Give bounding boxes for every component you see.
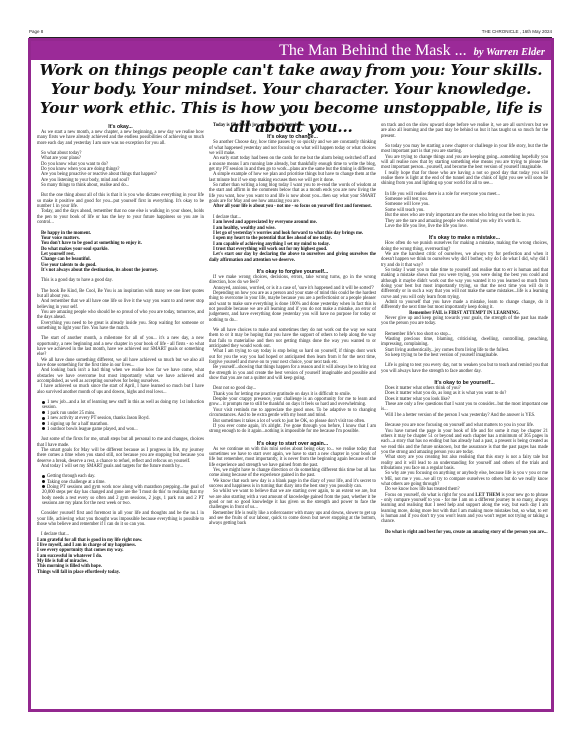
page-number: Page 8 <box>29 29 43 34</box>
column-2: Today is filled with joy, growth and hap… <box>209 123 376 527</box>
paragraph: Because you are now focusing on yourself… <box>381 423 548 428</box>
bullet-icon <box>42 480 45 483</box>
paragraph: But the one thing about all of this is t… <box>37 193 204 209</box>
firsts-list: 1 new job...and a lot of learning new st… <box>37 400 204 432</box>
paragraph: If you ever come again, it's alright. I'… <box>209 424 376 435</box>
article-body: It's okay... As we start a new month, a … <box>37 123 547 708</box>
paragraph: So today you may be starting a new chapt… <box>381 144 548 155</box>
paragraph: As we continue on with this mini series … <box>209 447 376 468</box>
paragraph: Despite your crappy presence, your chall… <box>209 397 376 408</box>
bullet-icon <box>42 485 45 488</box>
paragraph: These are only a few questions that I wa… <box>381 402 548 413</box>
column-banner: The Man Behind the Mask ... by Warren El… <box>31 41 551 60</box>
paragraph: We know that each new day is a blank pag… <box>209 479 376 490</box>
declaration: Let's start our day by declaring the abo… <box>209 252 376 263</box>
paragraph: So today I want you to take time to your… <box>381 268 548 300</box>
paragraph: And looking back isn't a bad thing when … <box>37 368 204 384</box>
goals-list: Getting through each day. Taking one cha… <box>37 474 204 506</box>
paragraph: Depending on how you are as a person and… <box>209 291 376 323</box>
author-byline: by Warren Elder <box>474 47 545 58</box>
paragraph: The book Be Kind, Be Cool, Be You is an … <box>37 289 204 300</box>
paragraph: If we make wrong choices, decisions, err… <box>209 275 376 286</box>
column-title: The Man Behind the Mask ... <box>279 42 467 59</box>
paragraph: Life is going to test you every day, not… <box>381 363 548 374</box>
paragraph: So why are you focusing on anything or a… <box>381 471 548 487</box>
paragraph: We all have done something different, we… <box>37 358 204 369</box>
paragraph: Focus on yourself, do what is right for … <box>381 493 548 525</box>
paragraph: You are amazing people who should be so … <box>37 310 204 321</box>
bullet-icon <box>42 475 45 478</box>
paragraph: Yes, we might have to change direction o… <box>209 468 376 479</box>
paragraph: And today I will set my SMART goals and … <box>37 464 204 469</box>
paragraph: And remember that we all have one life s… <box>37 299 204 310</box>
paragraph: We all have choices to make and sometime… <box>209 328 376 349</box>
list-item: 1 new job...and a lot of learning new st… <box>42 400 204 411</box>
paragraph: on track and on the slow upward slope be… <box>381 123 548 139</box>
paragraph: I have achieved so much since the start … <box>37 384 204 395</box>
bullet-icon <box>42 411 45 414</box>
list-item: Doing PT sessions and gym work now along… <box>42 485 204 506</box>
bullet-icon <box>42 427 45 430</box>
paragraph: But the ones who are truly important are… <box>381 213 548 218</box>
paragraph: After all your life is about you - not m… <box>209 204 376 209</box>
paragraph: So whilst we want to believe that we are… <box>209 489 376 510</box>
paragraph: Your visit reminds me to appreciate the … <box>209 408 376 419</box>
paragraph: What I am trying to say today is stop be… <box>209 349 376 365</box>
paragraph: Will I be a better version of the person… <box>381 413 548 418</box>
column-3: on track and on the slow upward slope be… <box>381 123 548 535</box>
page-header: Page 8 THE CHRONICLE , 16th May 2024 <box>29 28 552 38</box>
paragraph: Wasting precious time, blaming, criticis… <box>381 337 548 348</box>
paragraph: So rather than writing a long blog today… <box>209 183 376 204</box>
paragraph: The start of another month, a milestone … <box>37 336 204 357</box>
paragraph: Consider yourself first and foremost in … <box>37 511 204 527</box>
declaration: Things will fall in place effortlessly t… <box>37 570 204 575</box>
emphasis-text: LET THEM <box>475 493 500 498</box>
paragraph: Remember life is really like a rollercoa… <box>209 511 376 527</box>
paragraph: Never give up and keep going towards you… <box>381 316 548 327</box>
paragraph: You are trying to change things and you … <box>381 155 548 171</box>
column-1: It's okay... As we start a new month, a … <box>37 123 204 575</box>
bullet-icon <box>42 417 45 420</box>
paragraph: Just some of the firsts for me, small st… <box>37 437 204 448</box>
paragraph: A simple example of how we plan and prio… <box>209 172 376 183</box>
paragraph: You have turned the page in your book of… <box>381 429 548 456</box>
paragraph: An early start today had been on the car… <box>209 156 376 172</box>
article-frame: The Man Behind the Mask ... by Warren El… <box>28 38 554 712</box>
publication-dateline: THE CHRONICLE , 16th May 2024 <box>482 29 552 34</box>
paragraph: So another Choose day, how time passes b… <box>209 140 376 156</box>
paragraph: Today, and the days ahead, remember that… <box>37 209 204 225</box>
closing-line: Do what is right and best for you, creat… <box>381 530 548 535</box>
paragraph: As we start a new month, a new chapter, … <box>37 130 204 146</box>
paragraph: What story are you creating but also rea… <box>381 455 548 471</box>
paragraph: Admit to yourself that you have made a m… <box>381 300 548 311</box>
bullet-icon <box>42 422 45 425</box>
paragraph: Everything you need to be great is alrea… <box>37 321 204 332</box>
bullet-icon <box>42 401 45 404</box>
paragraph: How often do we punish ourselves for mak… <box>381 241 548 252</box>
paragraph: Be yourself...showing that things happen… <box>209 365 376 381</box>
paragraph: The smart goals for May will be differen… <box>37 448 204 464</box>
paragraph: We are the harshest critic of ourselves,… <box>381 252 548 268</box>
paragraph: I really hope that for those who are hav… <box>381 171 548 187</box>
